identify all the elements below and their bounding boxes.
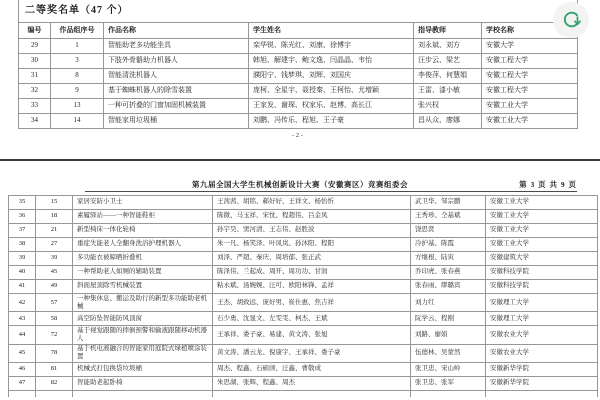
page2-section: 二等奖名单（47 个） 编号 作品组序号 作品名称 学生姓名 指导教师 学校名称… xyxy=(0,0,600,139)
cell-teachers: 武卫华、邹宗鹏 xyxy=(411,196,486,210)
page-separator xyxy=(0,159,600,161)
cell-seq: 8 xyxy=(51,68,104,83)
cell-id: 37 xyxy=(9,224,36,238)
table-row: 3721新型椅床一体化轮椅孙宇昊、窦河清、王志伟、赵胜波饶思贤安徽工业大学 xyxy=(9,224,598,238)
cell-id: 38 xyxy=(9,238,36,252)
cell-teachers: 张兴权 xyxy=(414,98,482,113)
table-row: 3618素履驿站——一种智能鞋柜陈微、马玉祥、宋忱、程超伟、吕金凤王秀珍、仝基斌… xyxy=(9,210,598,224)
cell-title: 重症失能老人全翻身洗浴护理机器人 xyxy=(73,238,213,252)
cell-teachers: 伍德林、吴蒙然 xyxy=(411,344,486,362)
column-header-title: 作品名称 xyxy=(104,22,249,38)
cell-title: 多功能衣被晾晒折叠机 xyxy=(73,252,213,266)
cell-seq: 72 xyxy=(36,326,73,344)
cell-school: 安徽理工大学 xyxy=(486,294,598,312)
cell-teachers: 王雷、漆小敏 xyxy=(414,83,482,98)
cell-seq: 21 xyxy=(36,224,73,238)
cell-title: 一种帮助老人如厕的辅助装置 xyxy=(73,266,213,280)
cell-id: 47 xyxy=(9,376,36,390)
table-row: 3313一种可折叠的门窗加固机械装置王家发、谢琛、权家乐、赵博、高长江张兴权安徽… xyxy=(19,98,578,113)
cell-seq: 18 xyxy=(36,210,73,224)
cell-id: 45 xyxy=(9,344,36,362)
cell-id: 44 xyxy=(9,326,36,344)
cell-students: 韩旭、解建宇、鲍文逸、闫晶晶、韦怡 xyxy=(249,53,414,68)
cell-title: 智能清洗机器人 xyxy=(104,68,249,83)
table-row: 329基于蜘蛛机器人的除雪装置庞柯、全星宇、聂授秦、王柯怡、尤增颖王雷、漆小敏安… xyxy=(19,83,578,98)
table-row: 4358高空防坠智能防风顶窗石少勇、沈显文、左雯雯、柯杰、王斌阮学云、程刚安徽理… xyxy=(9,312,598,326)
cell-teachers: 阮学云、程刚 xyxy=(411,312,486,326)
cell-school: 安徽工业大学 xyxy=(486,224,598,238)
award-list-title-row: 二等奖名单（47 个） xyxy=(19,0,578,22)
cell-school: 安徽工业大学 xyxy=(486,238,598,252)
cell-school: 安徽工业大学 xyxy=(486,196,598,210)
cell-empty xyxy=(411,390,486,397)
cell-seq: 27 xyxy=(36,238,73,252)
cell-empty xyxy=(9,390,36,397)
cell-school: 安徽科技学院 xyxy=(486,266,598,280)
cell-seq: 13 xyxy=(51,98,104,113)
page-indicator: 第 3 页 共 9 页 xyxy=(519,179,577,190)
cell-teachers: 刘永斌、刘方 xyxy=(414,38,482,53)
cell-seq: 49 xyxy=(36,280,73,294)
cell-school: 安徽工程大学 xyxy=(482,53,578,68)
cell-title: 机械式打包换袋垃圾桶 xyxy=(73,362,213,376)
cell-teachers: 方继根、陆寅 xyxy=(411,252,486,266)
table-row: 3827重症失能老人全翻身洗浴护理机器人朱一凡、杨笑泽、叶凤岚、孙沐阳、程阳冷护… xyxy=(9,238,598,252)
cell-title: 一种可折叠的门窗加固机械装置 xyxy=(104,98,249,113)
column-header-id: 编号 xyxy=(19,22,51,38)
cell-seq: 15 xyxy=(36,196,73,210)
cell-students: 周杰、程鑫、石硕颀、汪鑫、曹敬成 xyxy=(213,362,411,376)
cell-seq: 9 xyxy=(51,83,104,98)
column-header-students: 学生姓名 xyxy=(249,22,414,38)
cell-students: 庞柯、全星宇、聂授秦、王柯怡、尤增颖 xyxy=(249,83,414,98)
cell-seq: 39 xyxy=(36,252,73,266)
cell-students: 石少勇、沈显文、左雯雯、柯杰、王斌 xyxy=(213,312,411,326)
cell-teachers: 张春雨、缪璐宾 xyxy=(411,280,486,294)
table-row: 303下肢外骨骼助力机器人韩旭、解建宇、鲍文逸、闫晶晶、韦怡汪步云、梁艺安徽工程… xyxy=(19,53,578,68)
cell-id: 46 xyxy=(9,362,36,376)
cell-id: 32 xyxy=(19,83,51,98)
awards-table-page3: 3515家居安防小卫士王茜茜、胡铭、郗好好、王祥文、杨怡忻武卫华、邹宗鹏安徽工业… xyxy=(8,195,598,397)
page2-page-number: - 2 - xyxy=(18,132,577,139)
cell-school: 安徽新华学院 xyxy=(486,376,598,390)
cell-students: 王家发、谢琛、权家乐、赵博、高长江 xyxy=(249,98,414,113)
cell-school: 安徽工业大学 xyxy=(482,98,578,113)
table-row: 3414智能家用垃圾桶刘鹏、冯传乐、程旭、王子豪昌从众、廖娜安徽工业大学 xyxy=(19,113,578,128)
cell-school: 安徽理工大学 xyxy=(486,312,598,326)
cell-students: 刘泽、严超、秦庆、周培郁、张正武 xyxy=(213,252,411,266)
cell-title: 高空防坠智能防风顶窗 xyxy=(73,312,213,326)
cell-students: 栾华锐、陈光红、刘康、徐博宇 xyxy=(249,38,414,53)
cell-id: 43 xyxy=(9,312,36,326)
cell-id: 40 xyxy=(9,266,36,280)
cell-title: 下肢外骨骼助力机器人 xyxy=(104,53,249,68)
cell-students: 粘永斌、汤婉婉、汪可、欧阳林锋、孟祥 xyxy=(213,280,411,294)
cell-students: 黄文涛、潘云龙、倪康宇、王承祥、娄子豪 xyxy=(213,344,411,362)
cell-title: 基于视觉跟随的摔倒预警和输液跟随移动机器人 xyxy=(73,326,213,344)
cell-school: 安徽科技学院 xyxy=(486,280,598,294)
cell-school: 安徽农业大学 xyxy=(486,344,598,362)
cell-title: 斜面屋顶除雪机械装置 xyxy=(73,280,213,294)
table-row: 4681机械式打包换袋垃圾桶周杰、程鑫、石硕颀、汪鑫、曹敬成张卫忠、宋山岭安徽新… xyxy=(9,362,598,376)
table-row: 4578基于机电液融合的智能家用庭院式绿植喷涂装置黄文涛、潘云龙、倪康宇、王承祥… xyxy=(9,344,598,362)
cell-school: 安徽工业大学 xyxy=(486,210,598,224)
table-row: 3515家居安防小卫士王茜茜、胡铭、郗好好、王祥文、杨怡忻武卫华、邹宗鹏安徽工业… xyxy=(9,196,598,210)
cell-id: 39 xyxy=(9,252,36,266)
cell-teachers: 乔印虎、张春燕 xyxy=(411,266,486,280)
cell-students: 王茜茜、胡铭、郗好好、王祥文、杨怡忻 xyxy=(213,196,411,210)
cell-title: 智能助老多功能坐具 xyxy=(104,38,249,53)
award-list-title: 二等奖名单（47 个） xyxy=(19,0,578,22)
cell-school: 安徽工程大学 xyxy=(482,68,578,83)
cell-students: 陈泽伟、兰起成、周开、周功功、甘润 xyxy=(213,266,411,280)
cell-title: 基于蜘蛛机器人的除雪装置 xyxy=(104,83,249,98)
column-header-teachers: 指导教师 xyxy=(414,22,482,38)
cell-teachers: 昌从众、廖娜 xyxy=(414,113,482,128)
sync-icon xyxy=(558,7,584,33)
cell-students: 刘鹏、冯传乐、程旭、王子豪 xyxy=(249,113,414,128)
table-row: 4257一种集休息、搬运及助行的新型多功能助老机械王杰、胡致远、庞好男、崔仕惠、… xyxy=(9,294,598,312)
cell-students: 濮阳宁、钱梦琪、刘辉、刘国庆 xyxy=(249,68,414,83)
cell-seq: 82 xyxy=(36,376,73,390)
cell-students: 王承祥、娄子豪、易建、黄文涛、张旭 xyxy=(213,326,411,344)
cell-id: 41 xyxy=(9,280,36,294)
cell-teachers: 冷护基、陈霞 xyxy=(411,238,486,252)
cell-id: 35 xyxy=(9,196,36,210)
table-header-row: 编号 作品组序号 作品名称 学生姓名 指导教师 学校名称 xyxy=(19,22,578,38)
cell-id: 30 xyxy=(19,53,51,68)
table-row: 4149斜面屋顶除雪机械装置粘永斌、汤婉婉、汪可、欧阳林锋、孟祥张春雨、缪璐宾安… xyxy=(9,280,598,294)
cell-empty xyxy=(73,390,213,397)
cell-school: 安徽农业大学 xyxy=(486,326,598,344)
cell-teachers: 张卫忠、宋山岭 xyxy=(411,362,486,376)
table-row: 4782智能助老起卧椅朱思湖、张辉、程鑫、周杰张卫忠、张军安徽新华学院 xyxy=(9,376,598,390)
cell-seq: 45 xyxy=(36,266,73,280)
cell-students: 孙宇昊、窦河清、王志伟、赵胜波 xyxy=(213,224,411,238)
cell-id: 33 xyxy=(19,98,51,113)
cell-title: 一种集休息、搬运及助行的新型多功能助老机械 xyxy=(73,294,213,312)
cell-teachers: 张卫忠、张军 xyxy=(411,376,486,390)
cell-seq: 3 xyxy=(51,53,104,68)
cell-school: 安徽建筑大学 xyxy=(486,252,598,266)
cell-id: 36 xyxy=(9,210,36,224)
cell-seq: 1 xyxy=(51,38,104,53)
cell-school: 安徽工程大学 xyxy=(482,83,578,98)
cell-title: 基于机电液融合的智能家用庭院式绿植喷涂装置 xyxy=(73,344,213,362)
table-row: 3939多功能衣被晾晒折叠机刘泽、严超、秦庆、周培郁、张正武方继根、陆寅安徽建筑… xyxy=(9,252,598,266)
cell-title: 素履驿站——一种智能鞋柜 xyxy=(73,210,213,224)
cell-school: 安徽工业大学 xyxy=(482,113,578,128)
cell-students: 王杰、胡致远、庞好男、崔仕惠、焦吉祥 xyxy=(213,294,411,312)
cell-empty xyxy=(486,390,598,397)
table-row: 291智能助老多功能坐具栾华锐、陈光红、刘康、徐博宇刘永斌、刘方安徽大学 xyxy=(19,38,578,53)
cell-students: 朱一凡、杨笑泽、叶凤岚、孙沐阳、程阳 xyxy=(213,238,411,252)
cell-id: 29 xyxy=(19,38,51,53)
cell-teachers: 王秀珍、仝基斌 xyxy=(411,210,486,224)
cell-teachers: 刘路、廖娟 xyxy=(411,326,486,344)
cell-seq: 81 xyxy=(36,362,73,376)
cell-title: 新型椅床一体化轮椅 xyxy=(73,224,213,238)
header-rule xyxy=(85,191,577,192)
cell-teachers: 饶思贤 xyxy=(411,224,486,238)
cell-teachers: 汪步云、梁艺 xyxy=(414,53,482,68)
cell-id: 34 xyxy=(19,113,51,128)
page3-section: 第九届全国大学生机械创新设计大赛（安徽赛区）竞赛组委会 第 3 页 共 9 页 … xyxy=(0,178,600,397)
cell-seq: 57 xyxy=(36,294,73,312)
cell-seq: 14 xyxy=(51,113,104,128)
table-row: 318智能清洗机器人濮阳宁、钱梦琪、刘辉、刘国庆李俊萍、何慧娟安徽工程大学 xyxy=(19,68,578,83)
cell-school: 安徽新华学院 xyxy=(486,362,598,376)
cell-title: 智能家用垃圾桶 xyxy=(104,113,249,128)
page3-header: 第九届全国大学生机械创新设计大赛（安徽赛区）竞赛组委会 第 3 页 共 9 页 xyxy=(0,178,600,192)
cell-empty xyxy=(36,390,73,397)
cell-empty xyxy=(213,390,411,397)
awards-table-page2: 二等奖名单（47 个） 编号 作品组序号 作品名称 学生姓名 指导教师 学校名称… xyxy=(18,0,578,129)
cell-students: 陈微、马玉祥、宋忱、程超伟、吕金凤 xyxy=(213,210,411,224)
cell-id: 42 xyxy=(9,294,36,312)
cell-title: 智能助老起卧椅 xyxy=(73,376,213,390)
sync-button[interactable] xyxy=(553,2,589,38)
table-row: 4045一种帮助老人如厕的辅助装置陈泽伟、兰起成、周开、周功功、甘润乔印虎、张春… xyxy=(9,266,598,280)
cell-teachers: 李俊萍、何慧娟 xyxy=(414,68,482,83)
column-header-seq: 作品组序号 xyxy=(51,22,104,38)
cell-id: 31 xyxy=(19,68,51,83)
cell-students: 朱思湖、张辉、程鑫、周杰 xyxy=(213,376,411,390)
cell-seq: 78 xyxy=(36,344,73,362)
competition-header-title: 第九届全国大学生机械创新设计大赛（安徽赛区）竞赛组委会 xyxy=(0,179,600,190)
table-row: 4472基于视觉跟随的摔倒预警和输液跟随移动机器人王承祥、娄子豪、易建、黄文涛、… xyxy=(9,326,598,344)
cell-teachers: 刘力红 xyxy=(411,294,486,312)
cell-seq: 58 xyxy=(36,312,73,326)
table-row-partial xyxy=(9,390,598,397)
cell-title: 家居安防小卫士 xyxy=(73,196,213,210)
cell-school: 安徽大学 xyxy=(482,38,578,53)
document-viewer: { "page2": { "list_title": "二等奖名单（47 个）"… xyxy=(0,0,600,400)
